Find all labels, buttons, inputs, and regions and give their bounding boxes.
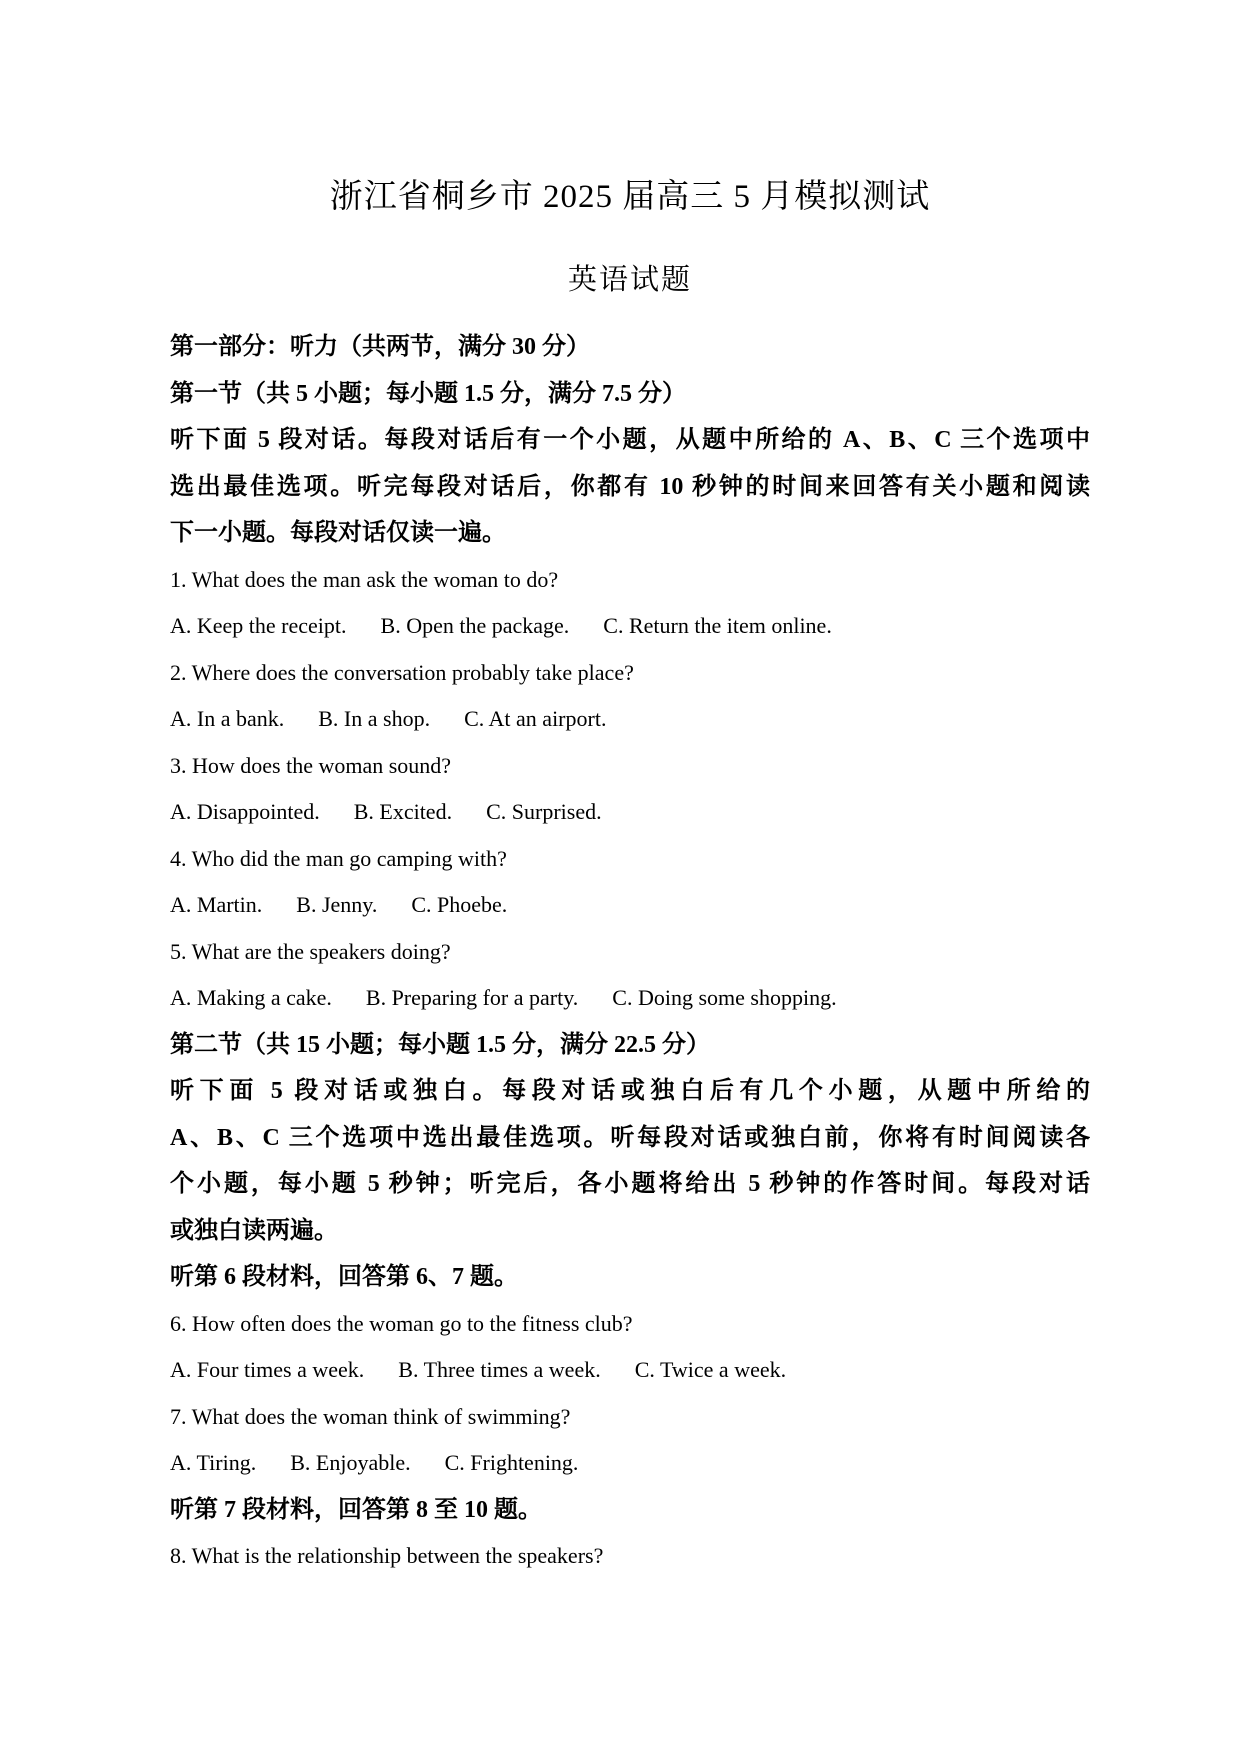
question-8-text: 8. What is the relationship between the … — [170, 1533, 1090, 1580]
question-5-option-b: B. Preparing for a party. — [366, 975, 578, 1022]
document-body: 第一部分：听力（共两节，满分 30 分） 第一节（共 5 小题；每小题 1.5 … — [170, 324, 1090, 1580]
question-1-options: A. Keep the receipt. B. Open the package… — [170, 603, 1090, 650]
question-3-options: A. Disappointed. B. Excited. C. Surprise… — [170, 789, 1090, 836]
question-3-text: 3. How does the woman sound? — [170, 743, 1090, 790]
question-6-option-a: A. Four times a week. — [170, 1347, 364, 1394]
question-3-option-c: C. Surprised. — [486, 789, 602, 836]
question-7-options: A. Tiring. B. Enjoyable. C. Frightening. — [170, 1440, 1090, 1487]
question-6-option-b: B. Three times a week. — [398, 1347, 600, 1394]
question-4-text: 4. Who did the man go camping with? — [170, 836, 1090, 883]
question-1-option-b: B. Open the package. — [381, 603, 570, 650]
question-7-option-c: C. Frightening. — [445, 1440, 579, 1487]
section2-instruction-line: 个小题，每小题 5 秒钟；听完后，各小题将给出 5 秒钟的作答时间。每段对话 — [170, 1161, 1090, 1208]
section1-heading: 第一节（共 5 小题；每小题 1.5 分，满分 7.5 分） — [170, 371, 1090, 418]
part1-heading: 第一部分：听力（共两节，满分 30 分） — [170, 324, 1090, 371]
question-3-option-a: A. Disappointed. — [170, 789, 320, 836]
question-2-option-c: C. At an airport. — [464, 696, 606, 743]
question-5-options: A. Making a cake. B. Preparing for a par… — [170, 975, 1090, 1022]
question-7-option-b: B. Enjoyable. — [290, 1440, 410, 1487]
question-1-option-a: A. Keep the receipt. — [170, 603, 347, 650]
question-4-option-a: A. Martin. — [170, 882, 262, 929]
section2-heading: 第二节（共 15 小题；每小题 1.5 分，满分 22.5 分） — [170, 1022, 1090, 1069]
exam-title: 浙江省桐乡市 2025 届高三 5 月模拟测试 — [170, 178, 1090, 216]
question-1-option-c: C. Return the item online. — [603, 603, 832, 650]
question-6-option-c: C. Twice a week. — [635, 1347, 786, 1394]
section1-instruction-line: 下一小题。每段对话仅读一遍。 — [170, 510, 1090, 557]
question-4-option-c: C. Phoebe. — [411, 882, 507, 929]
material7-heading: 听第 7 段材料，回答第 8 至 10 题。 — [170, 1487, 1090, 1534]
question-6-text: 6. How often does the woman go to the fi… — [170, 1301, 1090, 1348]
question-7-text: 7. What does the woman think of swimming… — [170, 1394, 1090, 1441]
section1-instruction-line: 选出最佳选项。听完每段对话后，你都有 10 秒钟的时间来回答有关小题和阅读 — [170, 464, 1090, 511]
section2-instruction-line: A、B、C 三个选项中选出最佳选项。听每段对话或独白前，你将有时间阅读各 — [170, 1115, 1090, 1162]
question-5-option-c: C. Doing some shopping. — [612, 975, 836, 1022]
question-5-option-a: A. Making a cake. — [170, 975, 332, 1022]
section1-instruction-line: 听下面 5 段对话。每段对话后有一个小题，从题中所给的 A、B、C 三个选项中 — [170, 417, 1090, 464]
section2-instruction-line: 听下面 5 段对话或独白。每段对话或独白后有几个小题，从题中所给的 — [170, 1068, 1090, 1115]
question-2-option-b: B. In a shop. — [318, 696, 430, 743]
question-2-text: 2. Where does the conversation probably … — [170, 650, 1090, 697]
document-page: 浙江省桐乡市 2025 届高三 5 月模拟测试 英语试题 第一部分：听力（共两节… — [0, 0, 1240, 1754]
exam-subtitle: 英语试题 — [170, 263, 1090, 297]
material6-heading: 听第 6 段材料，回答第 6、7 题。 — [170, 1254, 1090, 1301]
section2-instruction-line: 或独白读两遍。 — [170, 1208, 1090, 1255]
question-3-option-b: B. Excited. — [354, 789, 452, 836]
question-2-option-a: A. In a bank. — [170, 696, 284, 743]
question-1-text: 1. What does the man ask the woman to do… — [170, 557, 1090, 604]
question-6-options: A. Four times a week. B. Three times a w… — [170, 1347, 1090, 1394]
question-4-option-b: B. Jenny. — [296, 882, 377, 929]
question-2-options: A. In a bank. B. In a shop. C. At an air… — [170, 696, 1090, 743]
question-4-options: A. Martin. B. Jenny. C. Phoebe. — [170, 882, 1090, 929]
question-7-option-a: A. Tiring. — [170, 1440, 256, 1487]
question-5-text: 5. What are the speakers doing? — [170, 929, 1090, 976]
